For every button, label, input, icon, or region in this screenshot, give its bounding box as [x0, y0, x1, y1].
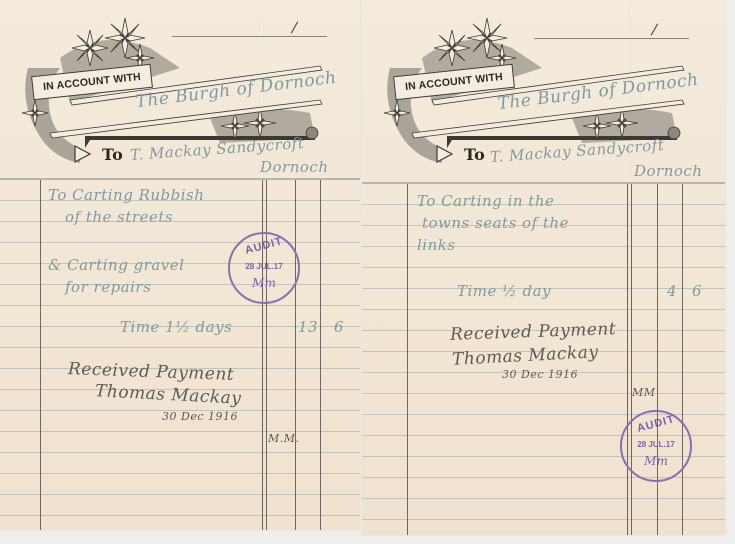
debtor-town: Dornoch: [634, 162, 702, 180]
receipt-date: 30 Dec 1916: [162, 410, 238, 423]
amount-pence: 6: [334, 318, 344, 336]
receipt-date: 30 Dec 1916: [502, 368, 578, 381]
amount-shillings: 4: [667, 282, 677, 300]
stamp-date: 28 JUL.17: [230, 262, 298, 271]
stamp-initials: Mm: [230, 276, 298, 290]
shillings-column-line: [657, 184, 658, 535]
auditor-initials: M.M.: [268, 432, 300, 445]
duration: Time 1½ days: [120, 318, 232, 336]
amount-pence: 6: [692, 282, 702, 300]
debtor-town: Dornoch: [260, 158, 328, 176]
auditor-initials: MM: [632, 386, 656, 399]
pounds-column-line: [627, 184, 632, 535]
to-label: To: [464, 145, 485, 164]
pence-column-line: [320, 180, 321, 530]
margin-column-line: [407, 184, 408, 535]
invoice-sheet-right: IN ACCOUNT WITH To / The Burgh of Dornoc…: [362, 0, 725, 535]
stamp-date: 28 JUL.17: [622, 440, 690, 449]
amount-shillings: 13: [298, 318, 318, 336]
stamp-initials: Mm: [622, 454, 690, 468]
ruled-lines: [0, 180, 360, 530]
invoice-sheet-left: IN ACCOUNT WITH To / The Burgh of Dornoc…: [0, 0, 360, 530]
date-line: [534, 38, 689, 39]
to-label: To: [102, 145, 123, 164]
item-line: To Carting Rubbish: [48, 186, 204, 204]
date-line: [172, 36, 327, 37]
item-line: of the streets: [65, 208, 173, 226]
item-line: & Carting gravel: [48, 256, 184, 274]
item-line: links: [417, 236, 456, 254]
item-line: towns seats of the: [422, 214, 569, 232]
item-line: To Carting in the: [417, 192, 554, 210]
audit-stamp: AUDIT 28 JUL.17 Mm: [228, 232, 300, 304]
duration: Time ½ day: [457, 282, 551, 300]
audit-stamp: AUDIT 28 JUL.17 Mm: [620, 410, 692, 482]
margin-column-line: [40, 180, 41, 530]
pence-column-line: [682, 184, 683, 535]
item-line: for repairs: [65, 278, 151, 296]
